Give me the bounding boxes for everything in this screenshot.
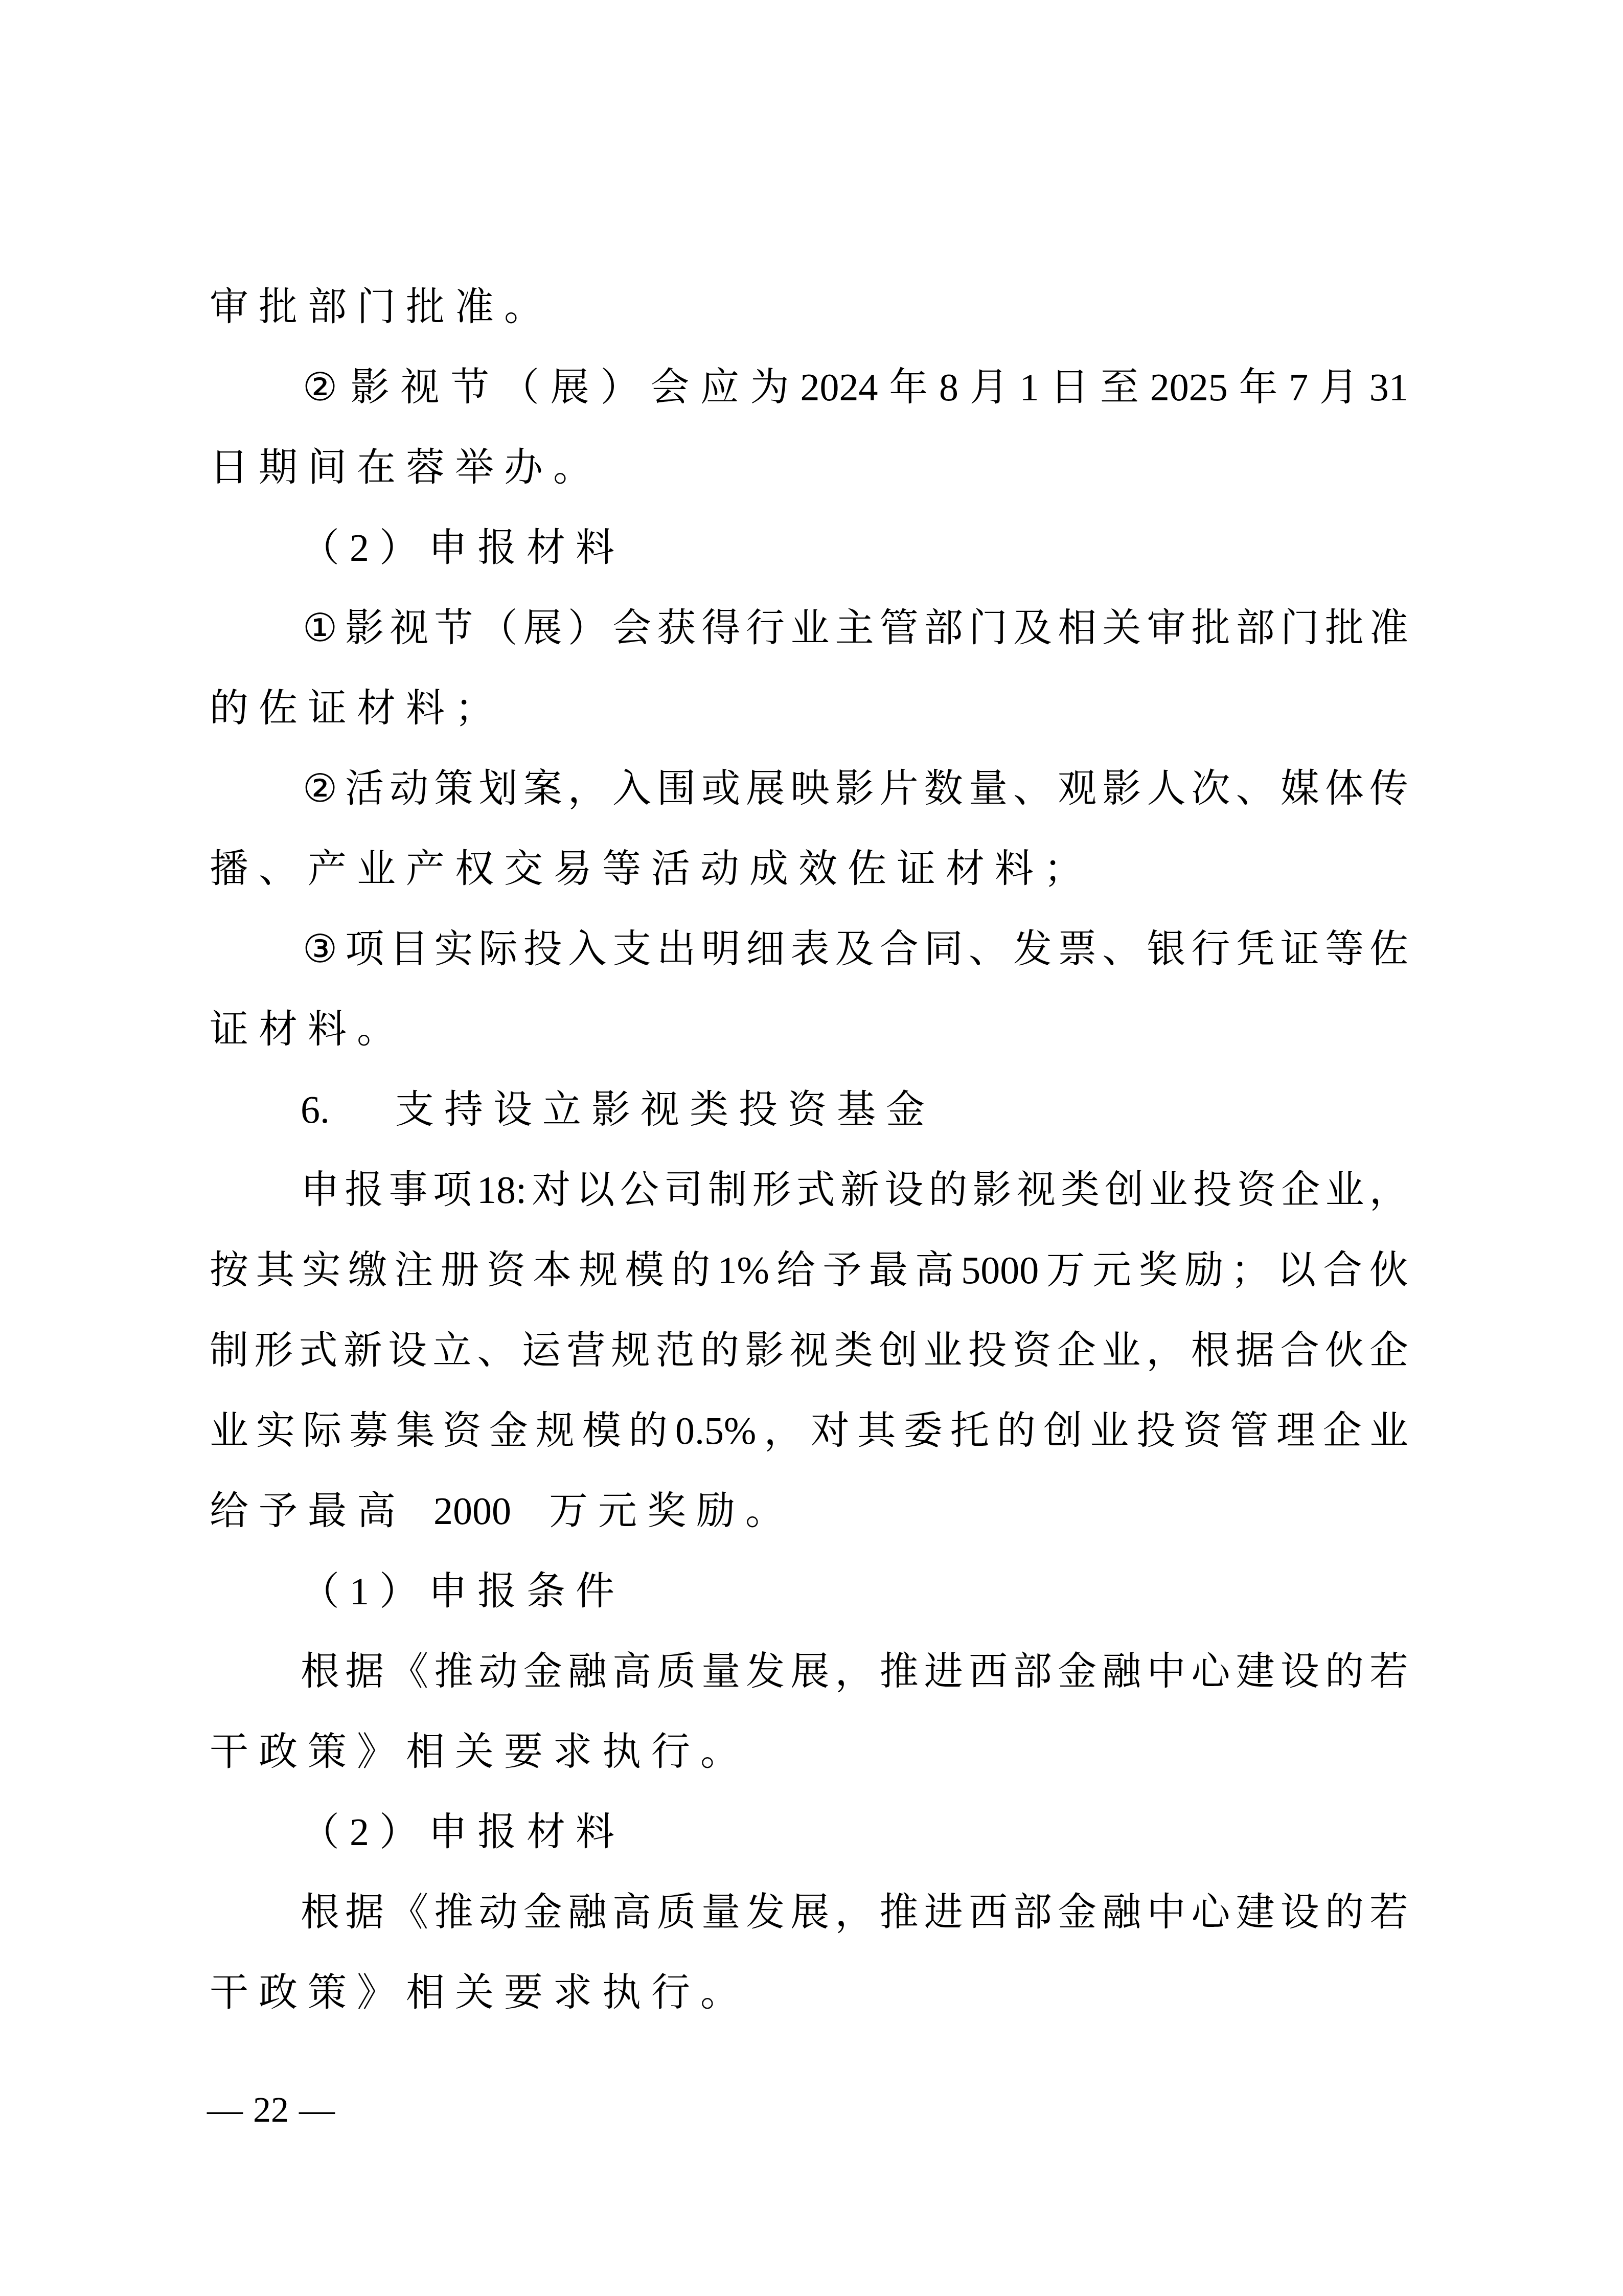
text-line: 证材料。 [210, 989, 1408, 1070]
text-line: 干政策》相关要求执行。 [210, 1952, 1408, 2033]
text-line: 业实际募集资金规模的0.5%，对其委托的创业投资管理企业 [210, 1391, 1408, 1471]
text-line: 播、产业产权交易等活动成效佐证材料； [210, 829, 1408, 909]
text-line: 给予最高2000万元奖励。 [210, 1471, 1408, 1551]
text-line: ③项目实际投入支出明细表及合同、发票、银行凭证等佐 [210, 909, 1408, 989]
text-line: （2）申报材料 [210, 508, 1408, 588]
text-line: （2）申报材料 [210, 1792, 1408, 1872]
text-line: 干政策》相关要求执行。 [210, 1712, 1408, 1792]
text-line: 制形式新设立、运营规范的影视类创业投资企业，根据合伙企 [210, 1310, 1408, 1391]
document-body: 审批部门批准。②影视节（展）会应为2024年8月1日至2025年7月31日期间在… [210, 267, 1408, 2033]
text-line: ②影视节（展）会应为2024年8月1日至2025年7月31 [210, 347, 1408, 427]
text-line: 按其实缴注册资本规模的1%给予最高5000万元奖励；以合伙 [210, 1230, 1408, 1310]
page-footer: — 22 — [207, 2090, 335, 2131]
text-line: 根据《推动金融高质量发展，推进西部金融中心建设的若 [210, 1631, 1408, 1712]
page-number: 22 [253, 2093, 289, 2128]
text-line: （1）申报条件 [210, 1551, 1408, 1631]
footer-dash-left: — [207, 2093, 243, 2128]
text-line: 审批部门批准。 [210, 267, 1408, 347]
document-page: 审批部门批准。②影视节（展）会应为2024年8月1日至2025年7月31日期间在… [0, 0, 1623, 2296]
text-line: 申报事项18:对以公司制形式新设的影视类创业投资企业， [210, 1150, 1408, 1230]
text-line: 根据《推动金融高质量发展，推进西部金融中心建设的若 [210, 1872, 1408, 1952]
footer-dash-right: — [299, 2093, 335, 2128]
section-heading-line: 6.支持设立影视类投资基金 [210, 1070, 1408, 1150]
text-line: ②活动策划案，入围或展映影片数量、观影人次、媒体传 [210, 748, 1408, 829]
text-line: ①影视节（展）会获得行业主管部门及相关审批部门批准 [210, 588, 1408, 668]
text-line: 的佐证材料； [210, 668, 1408, 748]
text-line: 日期间在蓉举办。 [210, 427, 1408, 508]
